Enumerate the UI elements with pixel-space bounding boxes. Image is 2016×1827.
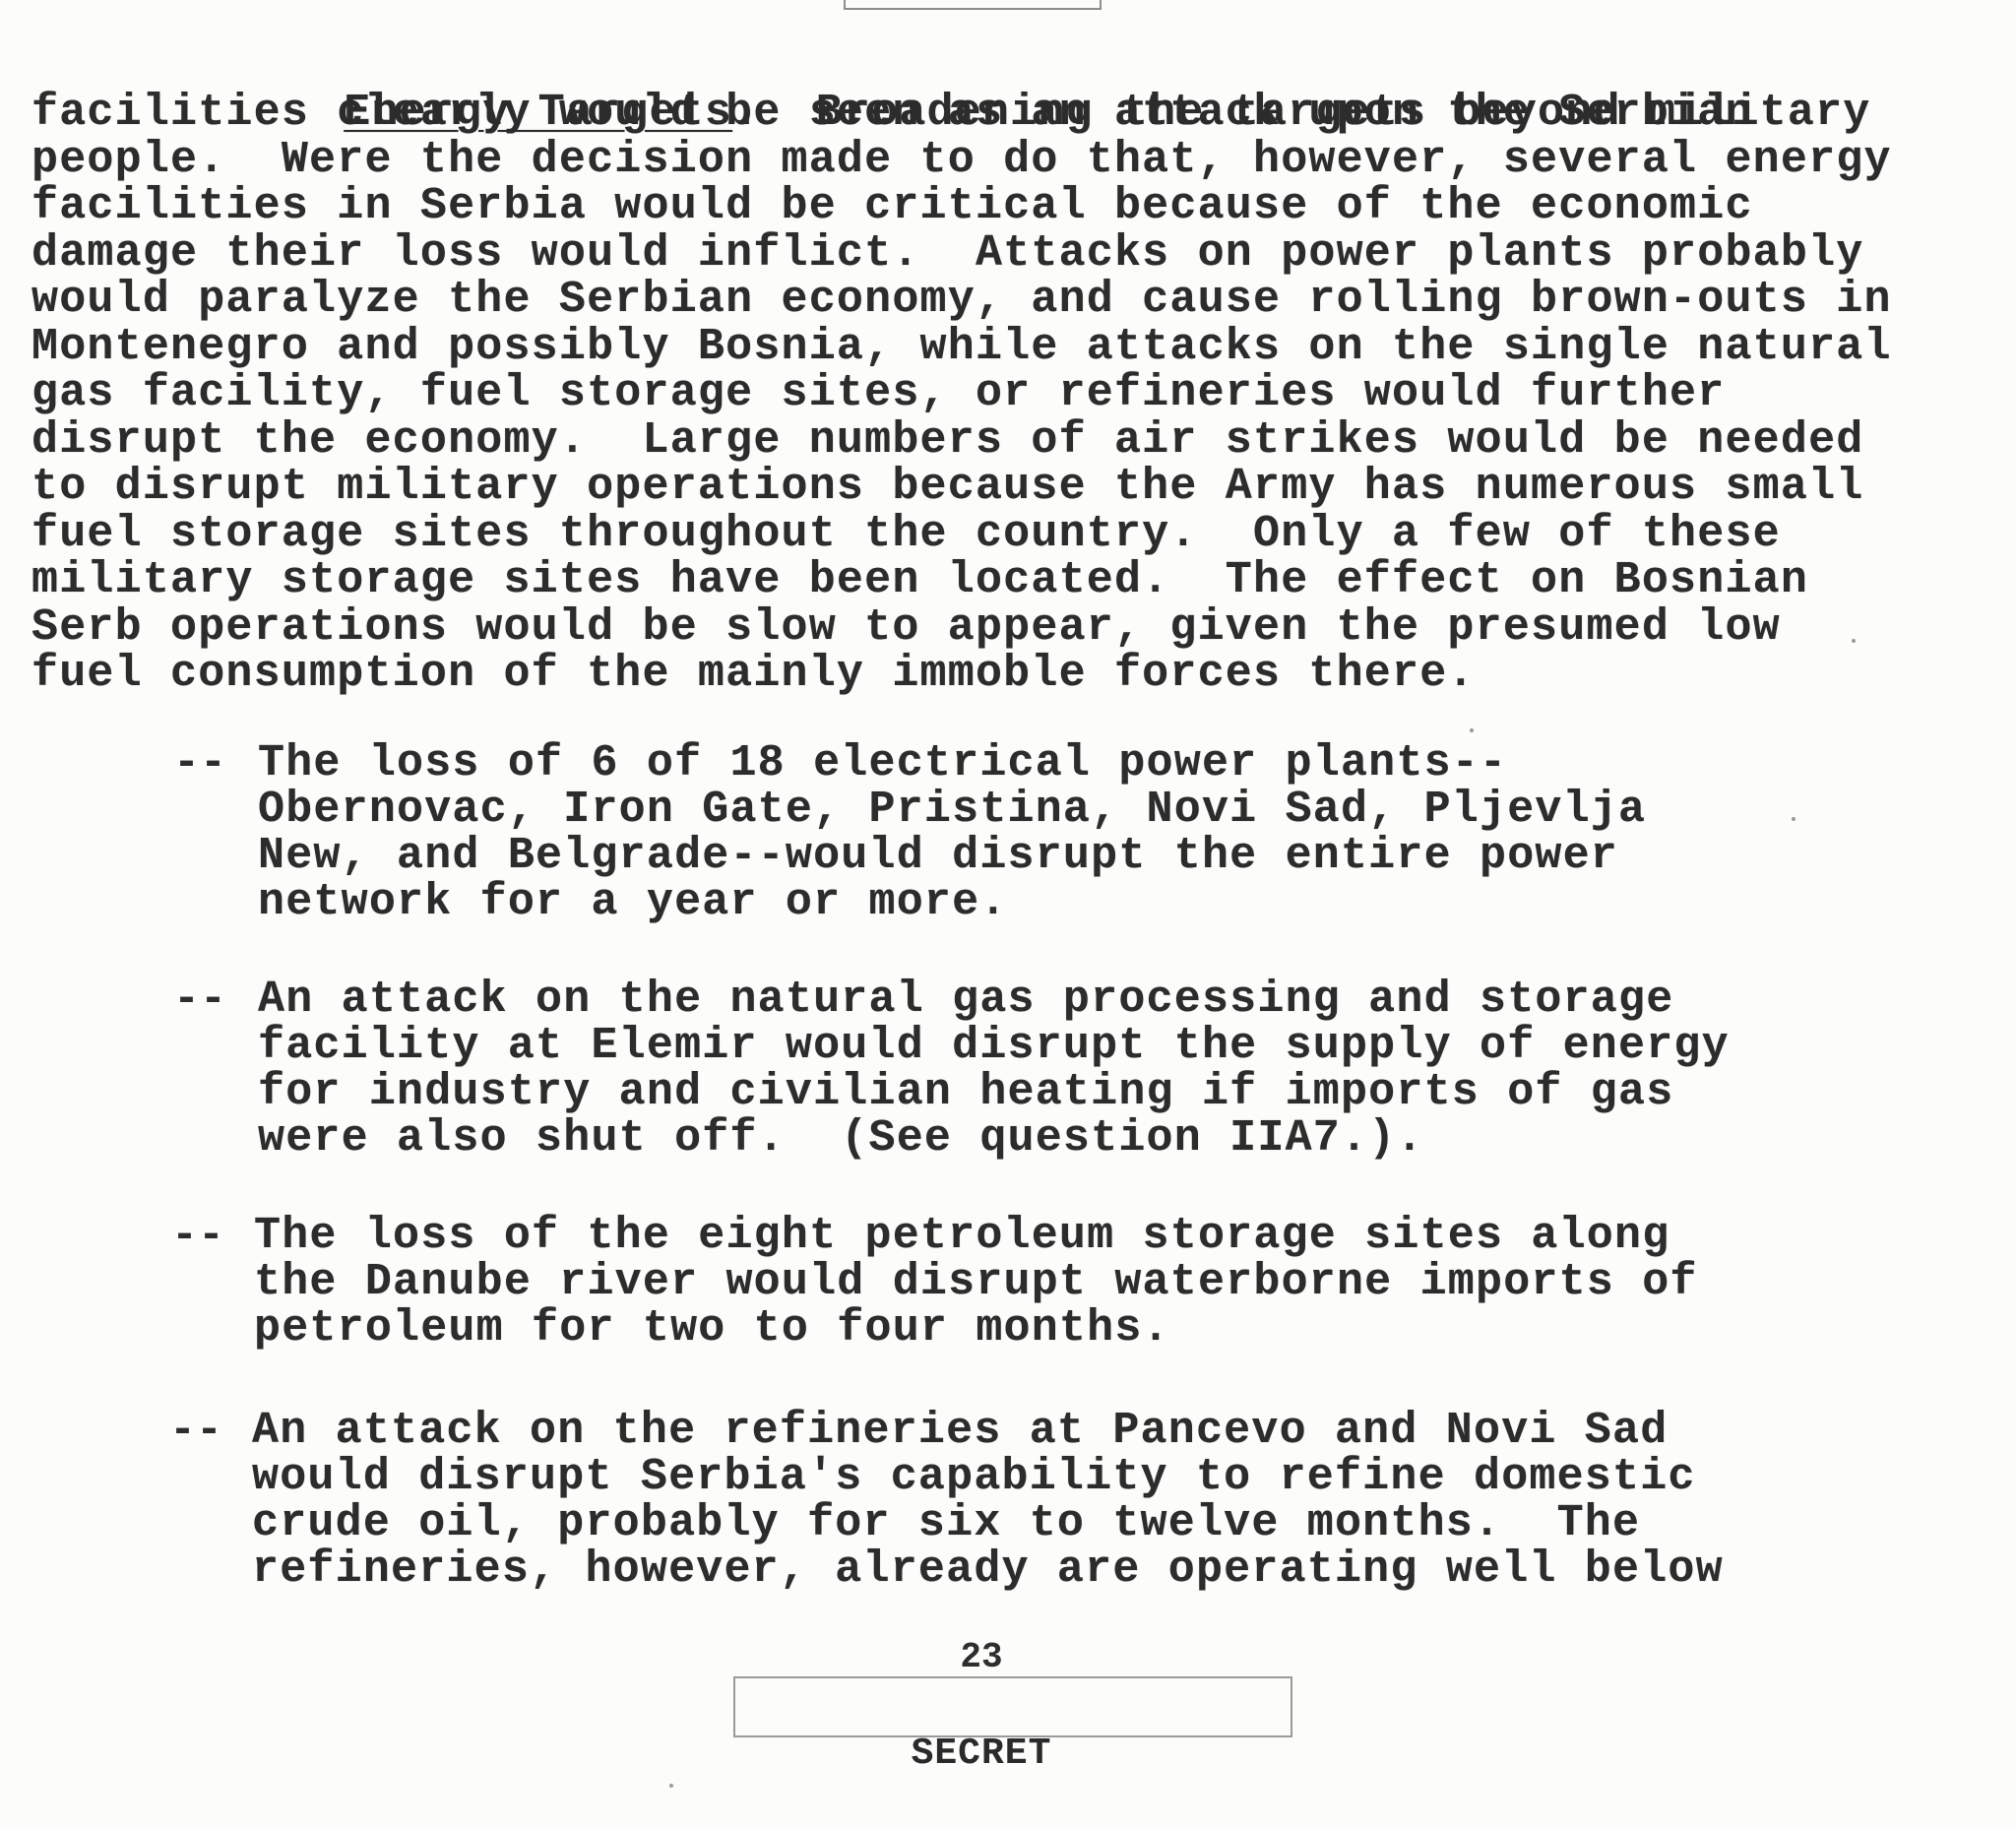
paragraph-line: would paralyze the Serbian economy, and … — [31, 277, 1892, 323]
bullet-line: The loss of 6 of 18 electrical power pla… — [258, 740, 1507, 787]
classification-marking: SECRET — [0, 1732, 1963, 1776]
bullet-dash-icon: -- — [169, 1408, 222, 1454]
bullet-line: the Danube river would disrupt waterborn… — [254, 1259, 1698, 1305]
bullet-line: refineries, however, already are operati… — [252, 1546, 1724, 1593]
paragraph-line: military storage sites have been located… — [31, 557, 1808, 603]
bullet-line: New, and Belgrade--would disrupt the ent… — [258, 833, 1618, 879]
document-page: Energy Targets. Broadening the targets b… — [0, 0, 2016, 1827]
scan-speck — [669, 1784, 673, 1788]
bullet-dash-icon: -- — [173, 976, 226, 1023]
paragraph-line: to disrupt military operations because t… — [31, 464, 1864, 510]
bullet-line: The loss of the eight petroleum storage … — [254, 1213, 1669, 1259]
bullet-line: crude oil, probably for six to twelve mo… — [252, 1500, 1640, 1546]
paragraph-line: people. Were the decision made to do tha… — [31, 137, 1892, 183]
scan-speck — [1852, 639, 1856, 643]
paragraph-line: Serb operations would be slow to appear,… — [31, 604, 1781, 651]
paragraph-line: facilities in Serbia would be critical b… — [31, 183, 1753, 229]
paragraph-line: fuel storage sites throughout the countr… — [31, 511, 1781, 557]
paragraph-line: fuel consumption of the mainly immoble f… — [31, 651, 1476, 697]
paragraph-line: disrupt the economy. Large numbers of ai… — [31, 417, 1864, 464]
scan-speck — [1470, 728, 1474, 732]
bullet-line: petroleum for two to four months. — [254, 1305, 1170, 1352]
redaction-box-top — [844, 0, 1102, 10]
paragraph-line: gas facility, fuel storage sites, or ref… — [31, 370, 1725, 416]
bullet-line: Obernovac, Iron Gate, Pristina, Novi Sad… — [258, 787, 1646, 833]
bullet-line: An attack on the natural gas processing … — [258, 976, 1673, 1023]
bullet-line: network for a year or more. — [258, 879, 1008, 925]
paragraph-line: damage their loss would inflict. Attacks… — [31, 230, 1864, 277]
scan-speck — [1792, 817, 1795, 821]
bullet-dash-icon: -- — [173, 740, 226, 787]
bullet-line: for industry and civilian heating if imp… — [258, 1069, 1673, 1115]
bullet-line: An attack on the refineries at Pancevo a… — [252, 1408, 1668, 1454]
bullet-line: were also shut off. (See question IIA7.)… — [258, 1115, 1424, 1162]
paragraph-line: Montenegro and possibly Bosnia, while at… — [31, 324, 1892, 370]
paragraph-line: facilities clearly would be seen as an a… — [31, 90, 1753, 136]
bullet-line: facility at Elemir would disrupt the sup… — [258, 1023, 1730, 1069]
page-number: 23 — [0, 1638, 1963, 1677]
bullet-dash-icon: -- — [171, 1213, 224, 1259]
bullet-line: would disrupt Serbia's capability to ref… — [252, 1454, 1696, 1500]
redaction-box-bottom — [733, 1676, 1292, 1737]
